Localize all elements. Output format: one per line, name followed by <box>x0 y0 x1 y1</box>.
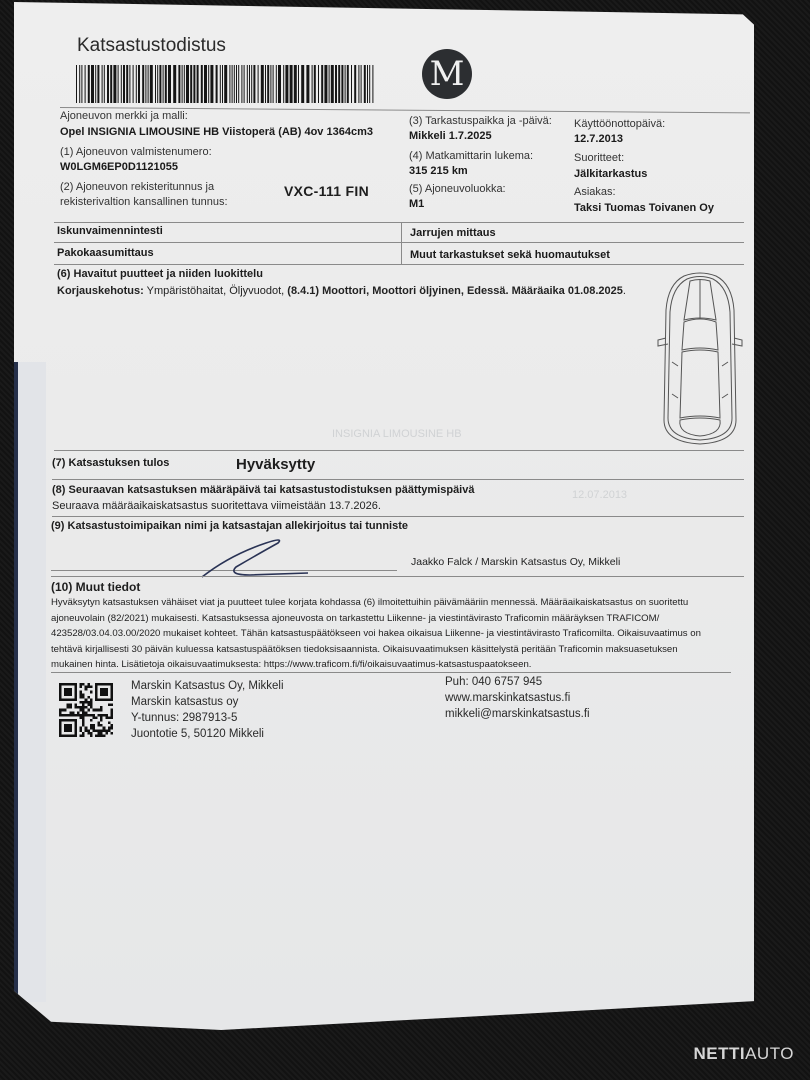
defects-bold: (8.4.1) Moottori, Moottori öljyinen, Ede… <box>287 285 623 297</box>
place-date-value: Mikkeli 1.7.2025 <box>409 130 492 142</box>
signature-heading: (9) Katsastustoimipaikan nimi ja katsast… <box>51 520 408 532</box>
other-info-text: Hyväksytyn katsastuksen vähäiset viat ja… <box>51 595 771 673</box>
test-shock-absorber: Iskunvaimennintesti <box>57 225 163 237</box>
divider <box>52 516 744 517</box>
first-registration-value: 12.7.2013 <box>574 133 623 145</box>
email-link[interactable]: mikkeli@marskinkatsastus.fi <box>445 706 590 722</box>
next-inspection-heading: (8) Seuraavan katsastuksen määräpäivä ta… <box>52 484 474 496</box>
result-value: Hyväksytty <box>236 456 315 473</box>
car-top-view-icon <box>654 270 746 448</box>
document-title: Katsastustodistus <box>77 35 226 57</box>
barcode <box>76 65 376 103</box>
phone: Puh: 040 6757 945 <box>445 674 590 690</box>
inspection-certificate-paper: INSIGNIA LIMOUSINE HB 12.07.2013 Katsast… <box>14 2 754 1032</box>
place-date-label: (3) Tarkastuspaikka ja -päivä: <box>409 115 552 127</box>
odometer-label: (4) Matkamittarin lukema: <box>409 150 533 162</box>
vin-value: W0LGM6EP0D1121055 <box>60 161 178 173</box>
company-logo: M <box>422 49 472 99</box>
divider <box>51 576 744 577</box>
test-exhaust: Pakokaasumittaus <box>57 247 154 259</box>
vehicle-class-label: (5) Ajoneuvoluokka: <box>409 183 506 195</box>
registration-label-line1: (2) Ajoneuvon rekisteritunnus ja <box>60 181 214 193</box>
defects-normal: Ympäristöhaitat, Öljyvuodot, <box>144 285 287 297</box>
performed-value: Jälkitarkastus <box>574 168 647 180</box>
divider <box>54 450 744 451</box>
contact-info: Puh: 040 6757 945 www.marskinkatsastus.f… <box>445 674 590 722</box>
column-divider <box>401 222 402 264</box>
divider <box>54 264 744 265</box>
underlying-page-edge <box>14 362 46 1002</box>
test-other: Muut tarkastukset sekä huomautukset <box>410 249 610 261</box>
signer-name: Jaakko Falck / Marskin Katsastus Oy, Mik… <box>411 556 620 568</box>
company-info: Marskin Katsastus Oy, Mikkeli Marskin ka… <box>131 678 284 742</box>
result-label: (7) Katsastuksen tulos <box>52 457 169 469</box>
test-brakes: Jarrujen mittaus <box>410 227 496 239</box>
defects-text: Korjauskehotus: Ympäristöhaitat, Öljyvuo… <box>57 285 626 297</box>
divider <box>54 242 744 243</box>
other-info-heading: (10) Muut tiedot <box>51 580 140 594</box>
make-model-value: Opel INSIGNIA LIMOUSINE HB Viistoperä (A… <box>60 126 373 138</box>
first-registration-label: Käyttöönottopäivä: <box>574 118 665 130</box>
next-inspection-text: Seuraava määräaikaiskatsastus suoritetta… <box>52 500 381 512</box>
customer-value: Taksi Tuomas Toivanen Oy <box>574 202 714 214</box>
divider <box>54 222 744 223</box>
registration-value: VXC-111 FIN <box>284 183 369 199</box>
website-link[interactable]: www.marskinkatsastus.fi <box>445 690 590 706</box>
vin-label: (1) Ajoneuvon valmistenumero: <box>60 146 212 158</box>
defects-prefix: Korjauskehotus: <box>57 285 144 297</box>
vehicle-class-value: M1 <box>409 198 424 210</box>
show-through-text: INSIGNIA LIMOUSINE HB <box>332 428 462 440</box>
odometer-value: 315 215 km <box>409 165 468 177</box>
show-through-text: 12.07.2013 <box>572 489 627 501</box>
qr-code-icon <box>59 682 113 738</box>
registration-label-line2: rekisterivaltion kansallinen tunnus: <box>60 196 228 208</box>
divider <box>52 479 744 480</box>
performed-label: Suoritteet: <box>574 152 624 164</box>
signature <box>200 537 310 579</box>
make-model-label: Ajoneuvon merkki ja malli: <box>60 110 188 122</box>
customer-label: Asiakas: <box>574 186 616 198</box>
nettiauto-watermark: NETTIAUTO <box>693 1044 794 1064</box>
defects-heading: (6) Havaitut puutteet ja niiden luokitte… <box>57 268 263 280</box>
divider <box>51 672 731 673</box>
